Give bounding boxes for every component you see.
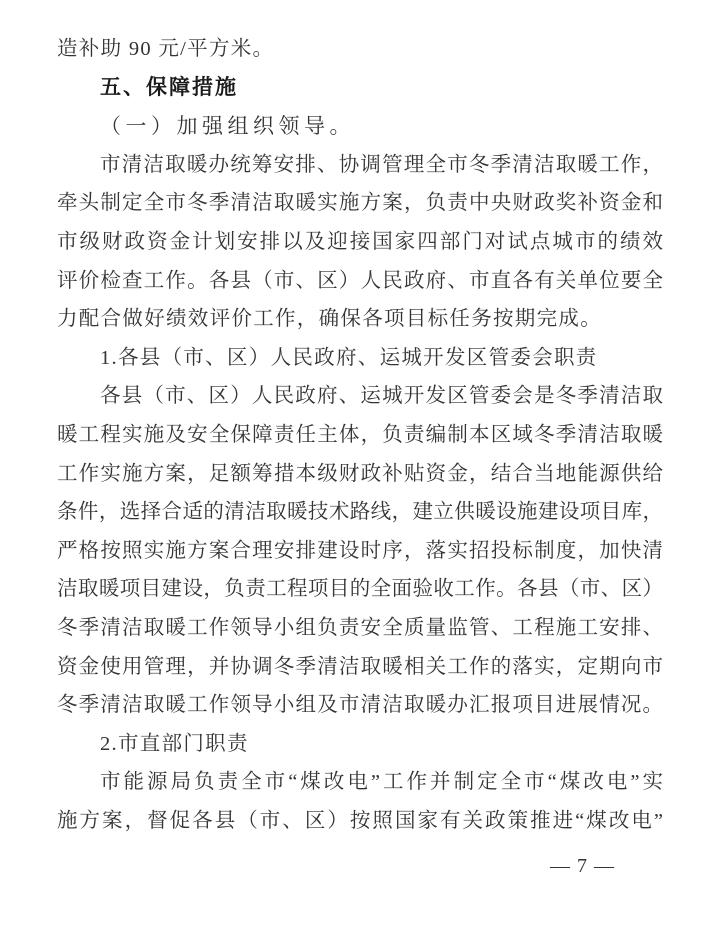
paragraph-line: 市清洁取暖办统筹安排、协调管理全市冬季清洁取暖工作， bbox=[57, 146, 663, 185]
paragraph-line: 力配合做好绩效评价工作，确保各项目标任务按期完成。 bbox=[57, 300, 663, 339]
paragraph-line: 市能源局负责全市“煤改电”工作并制定全市“煤改电”实 bbox=[57, 763, 663, 802]
paragraph-line: 各县（市、区）人民政府、运城开发区管委会是冬季清洁取 bbox=[57, 377, 663, 416]
subsection-heading: （一）加强组织领导。 bbox=[57, 107, 663, 146]
paragraph-line: 条件，选择合适的清洁取暖技术路线，建立供暖设施建设项目库， bbox=[57, 493, 663, 532]
paragraph-line: 造补助 90 元/平方米。 bbox=[57, 30, 663, 69]
document-body: 造补助 90 元/平方米。 五、保障措施 （一）加强组织领导。 市清洁取暖办统筹… bbox=[57, 30, 663, 840]
paragraph-line: 资金使用管理，并协调冬季清洁取暖相关工作的落实，定期向市 bbox=[57, 648, 663, 687]
paragraph-line: 冬季清洁取暖工作领导小组及市清洁取暖办汇报项目进展情况。 bbox=[57, 686, 663, 725]
page-number: — 7 — bbox=[550, 855, 615, 878]
paragraph-line: 冬季清洁取暖工作领导小组负责安全质量监管、工程施工安排、 bbox=[57, 609, 663, 648]
paragraph-line: 工作实施方案，足额筹措本级财政补贴资金，结合当地能源供给 bbox=[57, 455, 663, 494]
paragraph-line: 牵头制定全市冬季清洁取暖实施方案，负责中央财政奖补资金和 bbox=[57, 184, 663, 223]
section-heading: 五、保障措施 bbox=[57, 69, 663, 108]
document-page: 造补助 90 元/平方米。 五、保障措施 （一）加强组织领导。 市清洁取暖办统筹… bbox=[0, 0, 708, 936]
paragraph-line: 评价检查工作。各县（市、区）人民政府、市直各有关单位要全 bbox=[57, 262, 663, 301]
paragraph-line: 暖工程实施及安全保障责任主体，负责编制本区域冬季清洁取暖 bbox=[57, 416, 663, 455]
numbered-item-title: 1.各县（市、区）人民政府、运城开发区管委会职责 bbox=[57, 339, 663, 378]
paragraph-line: 市级财政资金计划安排以及迎接国家四部门对试点城市的绩效 bbox=[57, 223, 663, 262]
paragraph-line: 施方案，督促各县（市、区）按照国家有关政策推进“煤改电” bbox=[57, 802, 663, 841]
paragraph-line: 洁取暖项目建设，负责工程项目的全面验收工作。各县（市、区） bbox=[57, 570, 663, 609]
paragraph-line: 严格按照实施方案合理安排建设时序，落实招投标制度，加快清 bbox=[57, 532, 663, 571]
numbered-item-title: 2.市直部门职责 bbox=[57, 725, 663, 764]
